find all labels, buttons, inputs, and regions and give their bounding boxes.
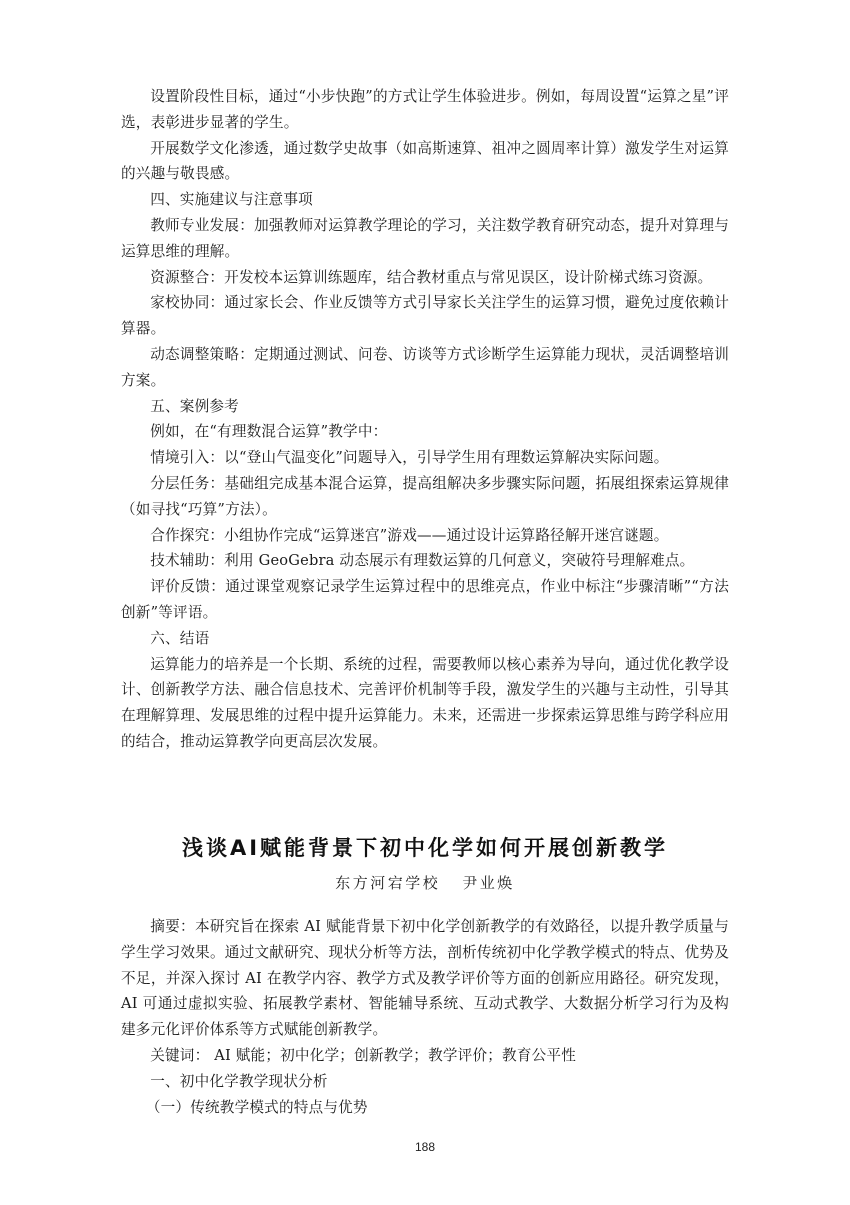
paragraph-home-school: 家校协同：通过家长会、作业反馈等方式引导家长关注学生的运算习惯，避免过度依赖计算… bbox=[121, 290, 729, 342]
paragraph-dynamic-adjustment: 动态调整策略：定期通过测试、问卷、访谈等方式诊断学生运算能力现状，灵活调整培训方… bbox=[121, 342, 729, 394]
paragraph-cooperation: 合作探究：小组协作完成“运算迷宫”游戏——通过设计运算路径解开迷宫谜题。 bbox=[121, 523, 729, 549]
author-school: 东方河宕学校 bbox=[335, 874, 440, 892]
paragraph-teacher-development: 教师专业发展：加强教师对运算教学理论的学习，关注数学教育研究动态，提升对算理与运… bbox=[121, 213, 729, 265]
paragraph-staged-goals: 设置阶段性目标，通过“小步快跑”的方式让学生体验进步。例如，每周设置“运算之星”… bbox=[121, 84, 729, 136]
article-title: 浅谈AI赋能背景下初中化学如何开展创新教学 bbox=[0, 832, 850, 862]
heading-section-5: 五、案例参考 bbox=[121, 394, 729, 420]
paragraph-math-culture: 开展数学文化渗透，通过数学史故事（如高斯速算、祖冲之圆周率计算）激发学生对运算的… bbox=[121, 136, 729, 188]
heading-section-1: 一、初中化学教学现状分析 bbox=[121, 1069, 729, 1095]
heading-section-6: 六、结语 bbox=[121, 626, 729, 652]
document-page: 设置阶段性目标，通过“小步快跑”的方式让学生体验进步。例如，每周设置“运算之星”… bbox=[0, 0, 850, 1205]
page-number: 188 bbox=[0, 1140, 850, 1154]
heading-section-4: 四、实施建议与注意事项 bbox=[121, 187, 729, 213]
author-name: 尹业焕 bbox=[462, 874, 515, 892]
keywords: 关键词： AI 赋能；初中化学；创新教学；教学评价；教育公平性 bbox=[121, 1043, 729, 1069]
paragraph-example-intro: 例如，在“有理数混合运算”教学中： bbox=[121, 419, 729, 445]
new-article-body: 摘要：本研究旨在探索 AI 赋能背景下初中化学创新教学的有效路径，以提升教学质量… bbox=[121, 914, 729, 1120]
abstract: 摘要：本研究旨在探索 AI 赋能背景下初中化学创新教学的有效路径，以提升教学质量… bbox=[121, 914, 729, 1043]
paragraph-situation: 情境引入：以“登山气温变化”问题导入，引导学生用有理数运算解决实际问题。 bbox=[121, 445, 729, 471]
article-byline: 东方河宕学校尹业焕 bbox=[0, 872, 850, 893]
paragraph-conclusion: 运算能力的培养是一个长期、系统的过程，需要教师以核心素养为导向，通过优化教学设计… bbox=[121, 652, 729, 755]
paragraph-resource-integration: 资源整合：开发校本运算训练题库，结合教材重点与常见误区，设计阶梯式练习资源。 bbox=[121, 265, 729, 291]
paragraph-evaluation: 评价反馈：通过课堂观察记录学生运算过程中的思维亮点，作业中标注“步骤清晰”“方法… bbox=[121, 574, 729, 626]
paragraph-layered-tasks: 分层任务：基础组完成基本混合运算，提高组解决多步骤实际问题，拓展组探索运算规律（… bbox=[121, 471, 729, 523]
paragraph-technology: 技术辅助：利用 GeoGebra 动态展示有理数运算的几何意义，突破符号理解难点… bbox=[121, 548, 729, 574]
continued-section: 设置阶段性目标，通过“小步快跑”的方式让学生体验进步。例如，每周设置“运算之星”… bbox=[121, 84, 729, 755]
subheading-1: （一）传统教学模式的特点与优势 bbox=[121, 1095, 729, 1121]
